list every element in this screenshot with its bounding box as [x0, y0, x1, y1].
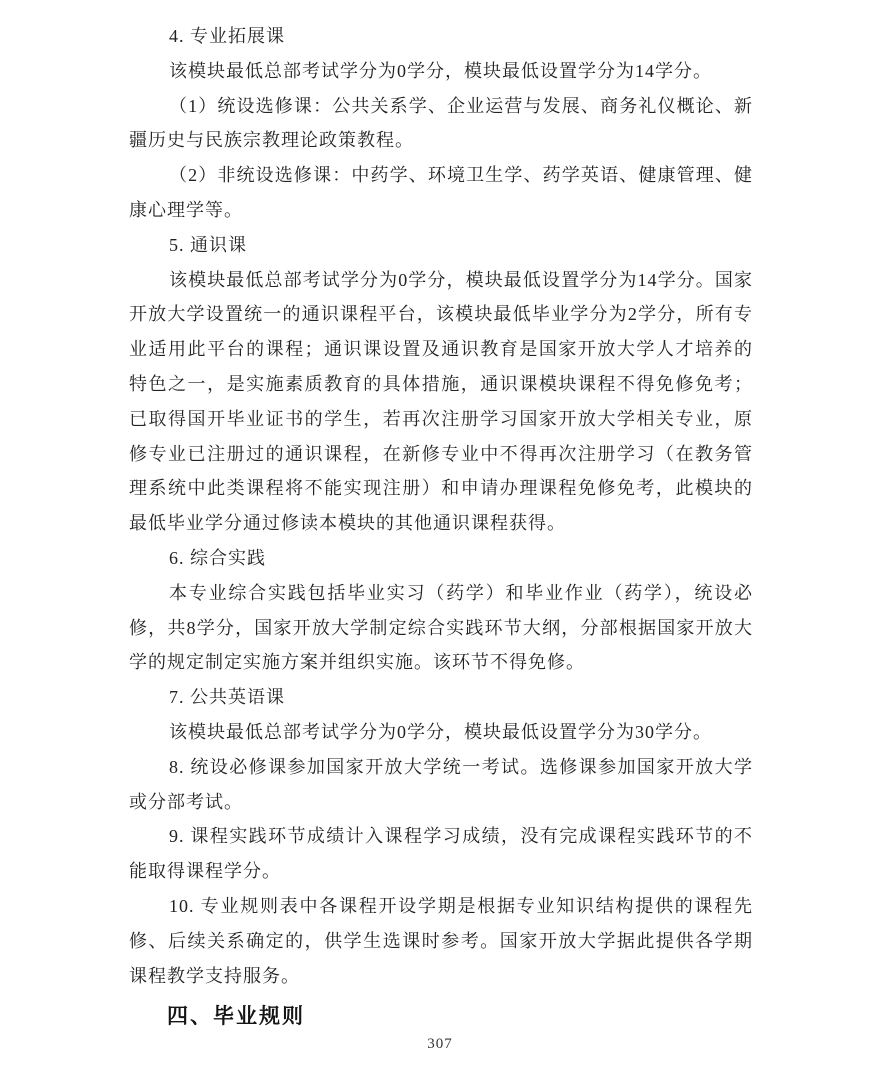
- para-english-credits: 该模块最低总部考试学分为0学分，模块最低设置学分为30学分。: [129, 715, 753, 750]
- document-content: 4. 专业拓展课 该模块最低总部考试学分为0学分，模块最低设置学分为14学分。 …: [129, 19, 753, 1031]
- para-item-10-semester-plan: 10. 专业规则表中各课程开设学期是根据专业知识结构提供的课程先修、后续关系确定…: [129, 889, 753, 993]
- para-item-4-credits: 该模块最低总部考试学分为0学分，模块最低设置学分为14学分。: [129, 54, 753, 89]
- para-item-9-practice-score: 9. 课程实践环节成绩计入课程学习成绩，没有完成课程实践环节的不能取得课程学分。: [129, 819, 753, 889]
- para-item-8-exams: 8. 统设必修课参加国家开放大学统一考试。选修课参加国家开放大学或分部考试。: [129, 750, 753, 820]
- para-comprehensive-practice: 本专业综合实践包括毕业实习（药学）和毕业作业（药学），统设必修，共8学分，国家开…: [129, 576, 753, 680]
- para-item-7-title: 7. 公共英语课: [129, 680, 753, 715]
- section-heading-graduation-rules: 四、毕业规则: [129, 1003, 753, 1031]
- page-number: 307: [0, 1036, 880, 1053]
- para-item-4-title: 4. 专业拓展课: [129, 19, 753, 54]
- para-item-5-title: 5. 通识课: [129, 228, 753, 263]
- document-page: 4. 专业拓展课 该模块最低总部考试学分为0学分，模块最低设置学分为14学分。 …: [0, 0, 880, 1084]
- para-unified-electives: （1）统设选修课：公共关系学、企业运营与发展、商务礼仪概论、新疆历史与民族宗教理…: [129, 89, 753, 159]
- para-non-unified-electives: （2）非统设选修课：中药学、环境卫生学、药学英语、健康管理、健康心理学等。: [129, 158, 753, 228]
- para-item-6-title: 6. 综合实践: [129, 541, 753, 576]
- para-general-education: 该模块最低总部考试学分为0学分，模块最低设置学分为14学分。国家开放大学设置统一…: [129, 263, 753, 541]
